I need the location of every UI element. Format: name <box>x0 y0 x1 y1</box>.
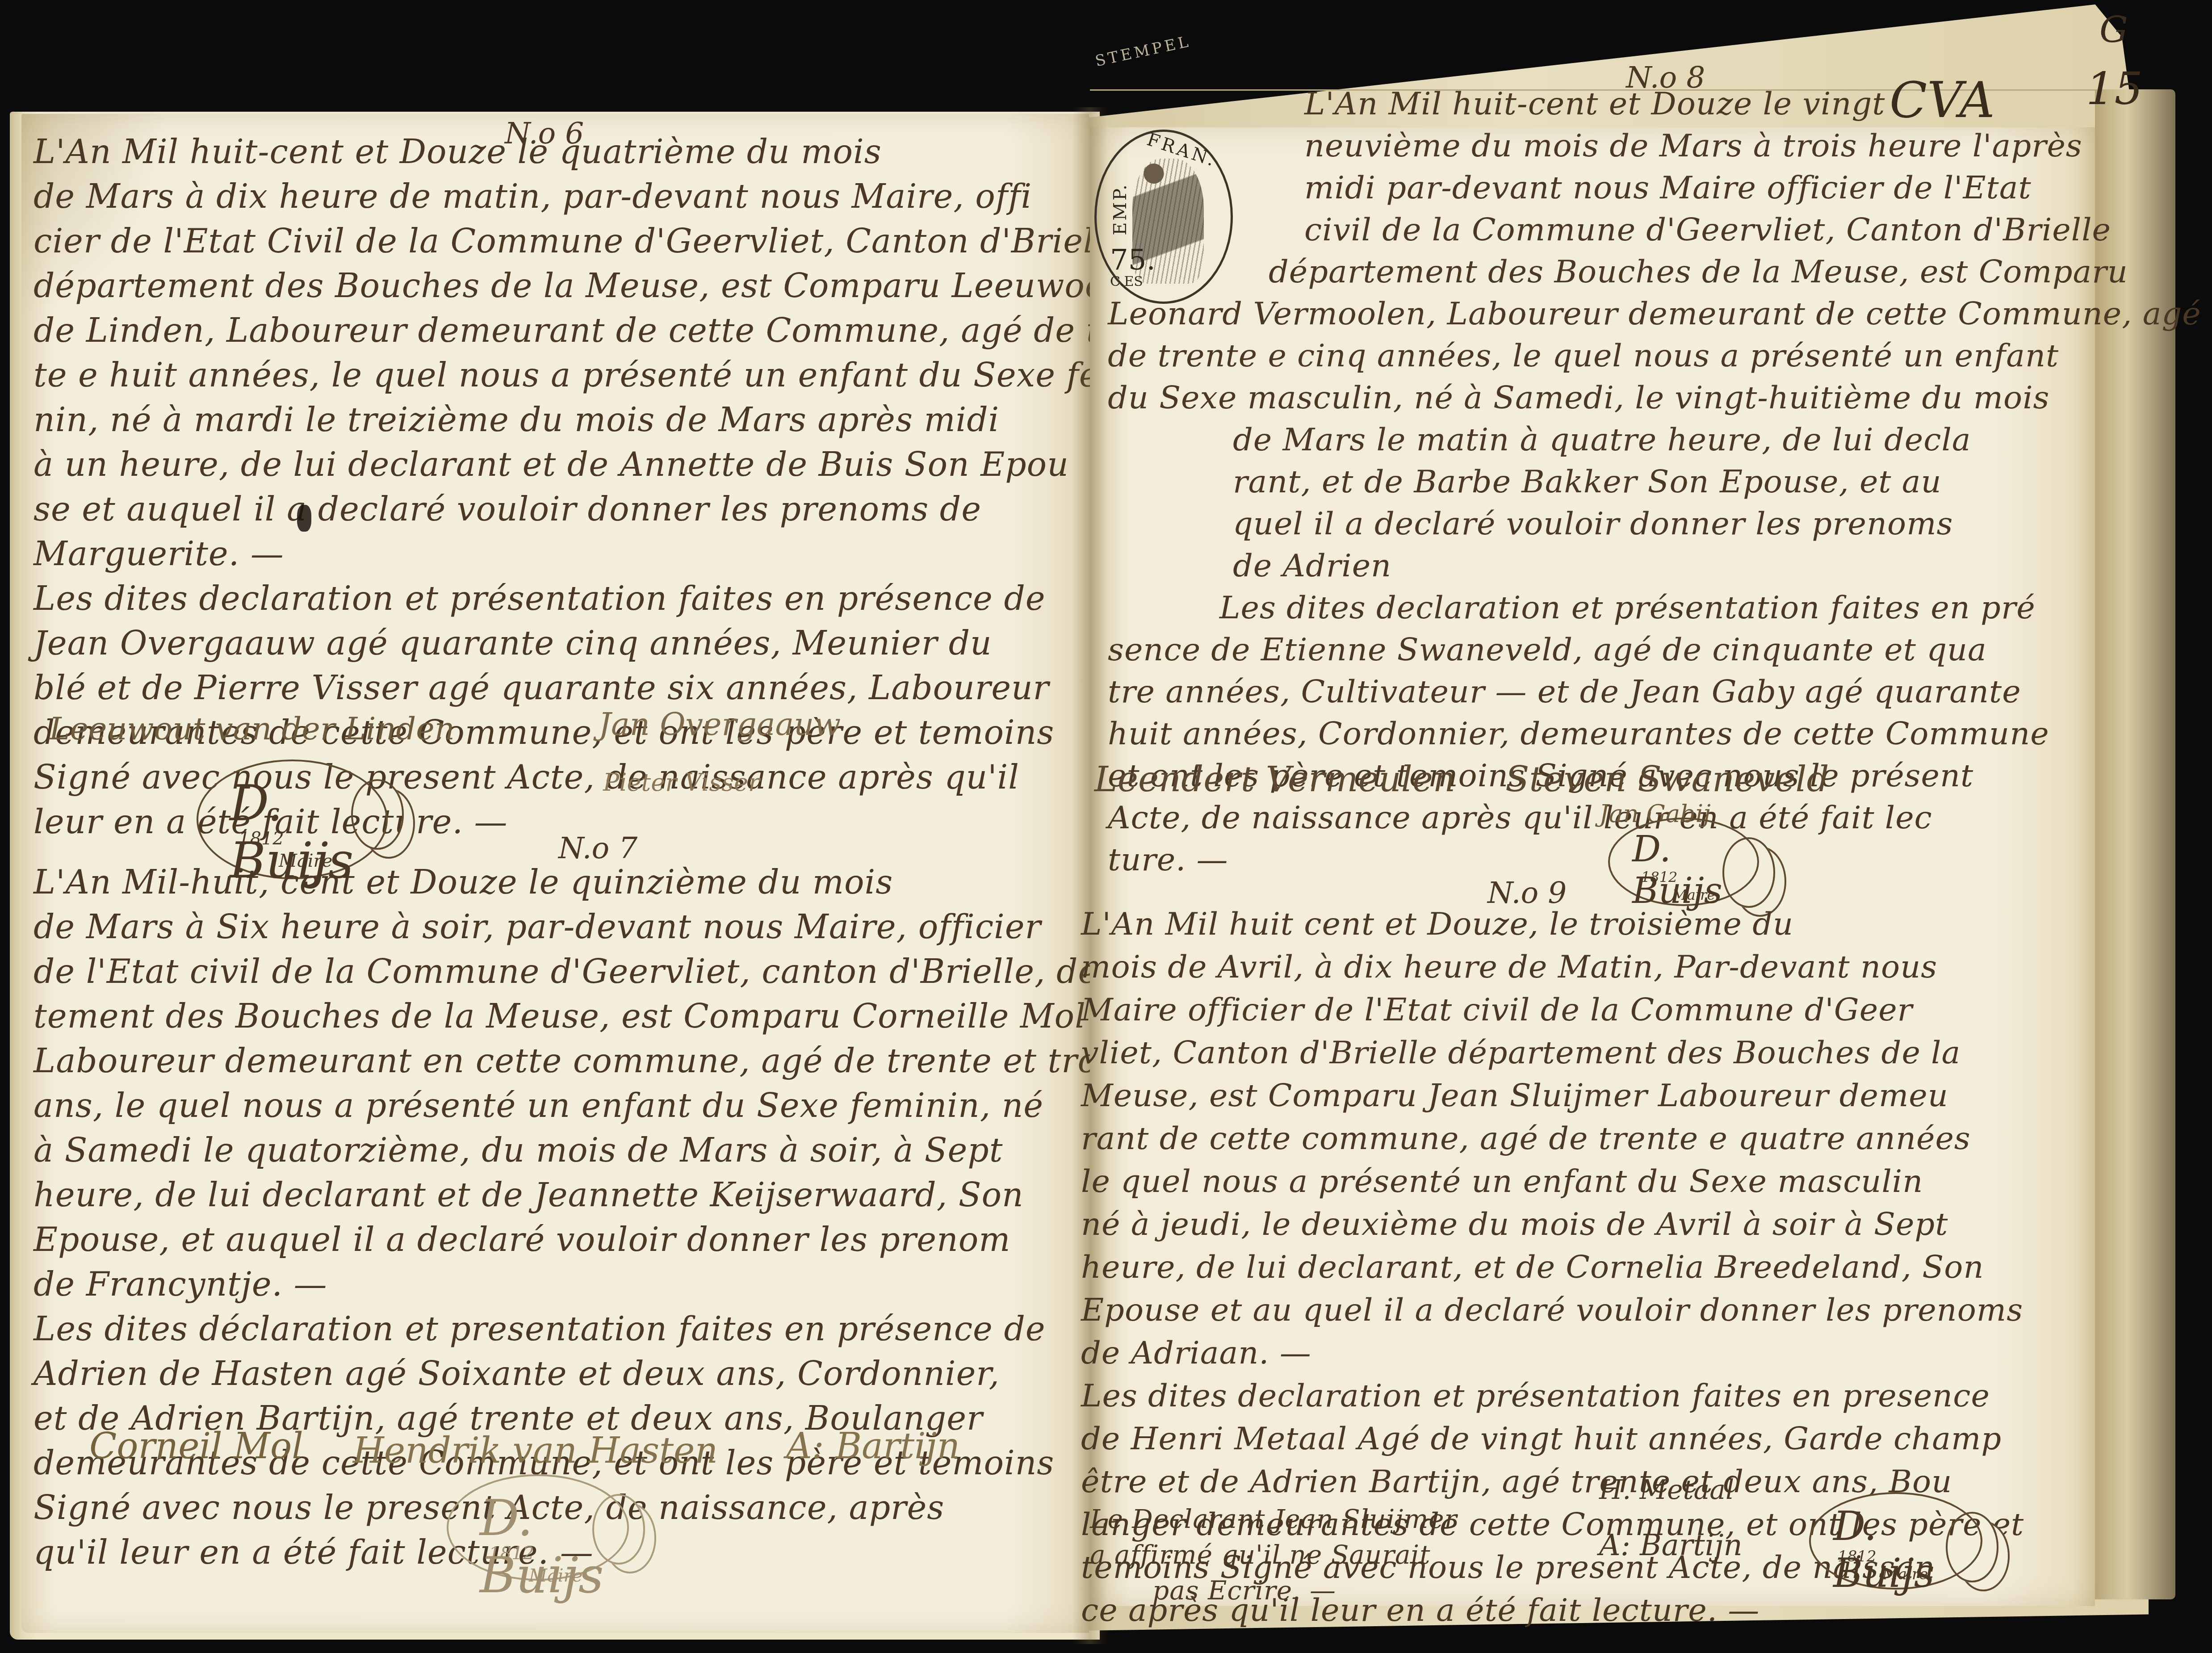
entry-line: Adrien de Hasten agé Soixante et deux an… <box>34 1351 1156 1396</box>
embossed-stamp-text: STEMPEL <box>1093 33 1192 70</box>
declarant-note: Le Declarant Jean Sluijmer a affirmé qu'… <box>1090 1501 1457 1608</box>
signature-witness: Hendrik van Hasten <box>353 1430 718 1471</box>
mayor-paraph: D. Buijs 1812 Maire <box>1809 1492 1982 1590</box>
paraph-title: Maire <box>1882 1565 1928 1583</box>
signature-witness: Steven Swaneveld <box>1505 759 1829 800</box>
entry-line: Marguerite. — <box>34 532 1158 576</box>
paraph-year: 1812 <box>1641 868 1677 885</box>
ink-blot <box>297 505 311 532</box>
entry-line: du Sexe masculin, né à Samedi, le vingt-… <box>1108 377 2201 419</box>
entry-line: de Mars à Six heure à soir, par-devant n… <box>34 905 1156 949</box>
paraph-flourish-icon <box>1722 837 1775 908</box>
entry-line: Les dites déclaration et presentation fa… <box>34 1307 1156 1351</box>
entry-line: tement des Bouches de la Meuse, est Comp… <box>34 994 1156 1039</box>
entry-line: de Adrien <box>1108 545 2201 587</box>
entry-line: midi par-devant nous Maire officier de l… <box>1108 167 2201 209</box>
entry-line: le quel nous a présenté un enfant du Sex… <box>1081 1160 2024 1203</box>
mayor-paraph: D. Buijs 1812 Maire <box>447 1474 629 1581</box>
signature-witness-father: Leeuwout van der Linden <box>49 710 455 747</box>
entry-line: département des Bouches de la Meuse, est… <box>34 264 1158 308</box>
entry-line: né à jeudi, le deuxième du mois de Avril… <box>1081 1203 2024 1246</box>
entry-line: L'An Mil huit-cent et Douze le vingt <box>1108 83 2201 125</box>
signature-witness: H. Metaal <box>1599 1474 1734 1506</box>
entry-line: département des Bouches de la Meuse, est… <box>1108 251 2201 293</box>
entry-line: Laboureur demeurant en cette commune, ag… <box>34 1039 1156 1083</box>
entry-line: Epouse, et auquel il a declaré vouloir d… <box>34 1217 1156 1262</box>
entry-line: de trente e cinq années, le quel nous a … <box>1108 335 2201 377</box>
signature-witness: A: Bartijn <box>1599 1528 1743 1562</box>
entry-line: Epouse et au quel il a declaré vouloir d… <box>1081 1288 2024 1331</box>
note-line: a affirmé qu'il ne Saurait <box>1090 1537 1457 1573</box>
entry-line: civil de la Commune d'Geervliet, Canton … <box>1108 209 2201 251</box>
entry-line: de l'Etat civil de la Commune d'Geervlie… <box>34 949 1156 994</box>
entry-line: rant de cette commune, agé de trente e q… <box>1081 1117 2024 1160</box>
entry-line: de Mars à dix heure de matin, par-devant… <box>34 174 1158 219</box>
signature-father: Corneil Mol <box>89 1425 303 1467</box>
entry-line: neuvième du mois de Mars à trois heure l… <box>1108 125 2201 167</box>
entry-line: Les dites declaration et présentation fa… <box>1081 1374 2024 1417</box>
entry-line: de Mars le matin à quatre heure, de lui … <box>1108 419 2201 461</box>
signature-witness: Jan Overgaauw <box>599 706 841 743</box>
entry-line: de Linden, Laboureur demeurant de cette … <box>34 308 1158 353</box>
entry-line: blé et de Pierre Visser agé quarante six… <box>34 666 1158 710</box>
register-spread: STEMPEL N.o 6 L'An Mil huit-cent et Douz… <box>0 0 2212 1653</box>
paraph-year: 1812 <box>239 828 284 849</box>
paraph-year: 1812 <box>1838 1548 1877 1565</box>
entry-line: heure, de lui declarant, et de Cornelia … <box>1081 1246 2024 1288</box>
paraph-flourish-icon <box>592 1494 645 1565</box>
entry-line: Les dites declaration et présentation fa… <box>34 576 1158 621</box>
signature-witness: Pieter Visser <box>603 768 760 797</box>
note-line: pas Ecrire. — <box>1090 1573 1457 1608</box>
entry-line: à Samedi le quatorzième, du mois de Mars… <box>34 1128 1156 1173</box>
paraph-title: Maire <box>529 1565 582 1586</box>
paraph-flourish-icon <box>1946 1512 1998 1582</box>
entry-line: te e huit années, le quel nous a présent… <box>34 353 1158 398</box>
entry-line: Les dites declaration et présentation fa… <box>1108 587 2201 629</box>
entry-line: L'An Mil huit cent et Douze, le troisièm… <box>1081 902 2024 945</box>
entry-line: de Henri Metaal Agé de vingt huit années… <box>1081 1417 2024 1460</box>
entry-line: ans, le quel nous a présenté un enfant d… <box>34 1083 1156 1128</box>
entry-line: huit années, Cordonnier, demeurantes de … <box>1108 713 2201 755</box>
entry-line: à un heure, de lui declarant et de Annet… <box>34 442 1158 487</box>
signature-witness: A: Bartijn <box>786 1425 960 1467</box>
entry-line: tre années, Cultivateur — et de Jean Gab… <box>1108 671 2201 713</box>
entry-line: L'An Mil-huit, cent et Douze le quinzièm… <box>34 860 1156 905</box>
entry-line: heure, de lui declarant et de Jeannette … <box>34 1173 1156 1217</box>
entry-line: Meuse, est Comparu Jean Sluijmer Laboure… <box>1081 1074 2024 1117</box>
entry-line: rant, et de Barbe Bakker Son Epouse, et … <box>1108 461 2201 503</box>
paraph-year: 1812 <box>489 1543 534 1564</box>
entry-line: sence de Etienne Swaneveld, agé de cinqu… <box>1108 629 2201 671</box>
entry-line: Leonard Vermoolen, Laboureur demeurant d… <box>1108 293 2201 335</box>
paraph-flourish-icon <box>351 779 404 850</box>
entry-line: Signé avec nous le present Acte, de nais… <box>34 755 1158 800</box>
entry-line: quel il a declaré vouloir donner les pre… <box>1108 503 2201 545</box>
entry-line: vliet, Canton d'Brielle département des … <box>1081 1031 2024 1074</box>
entry-line: mois de Avril, à dix heure de Matin, Par… <box>1081 945 2024 988</box>
entry-line: nin, né à mardi le treizième du mois de … <box>34 398 1158 442</box>
entry-line: Maire officier de l'Etat civil de la Com… <box>1081 988 2024 1031</box>
entry-line: de Francyntje. — <box>34 1262 1156 1307</box>
note-line: Le Declarant Jean Sluijmer <box>1090 1501 1457 1537</box>
entry-line: Jean Overgaauw agé quarante cinq années,… <box>34 621 1158 666</box>
entry-line: de Adriaan. — <box>1081 1331 2024 1374</box>
entry-line: cier de l'Etat Civil de la Commune d'Gee… <box>34 219 1158 264</box>
paraph-title: Maire <box>1672 886 1715 903</box>
signature-father: Leendert Vermeulen <box>1094 759 1455 800</box>
entry-line: L'An Mil huit-cent et Douze le quatrième… <box>34 130 1158 174</box>
folio-edge-mark: G <box>2099 9 2128 50</box>
mayor-paraph: D. Buijs 1812 Maire <box>1608 818 1759 906</box>
entry-line: se et auquel il a declaré vouloir donner… <box>34 487 1158 532</box>
